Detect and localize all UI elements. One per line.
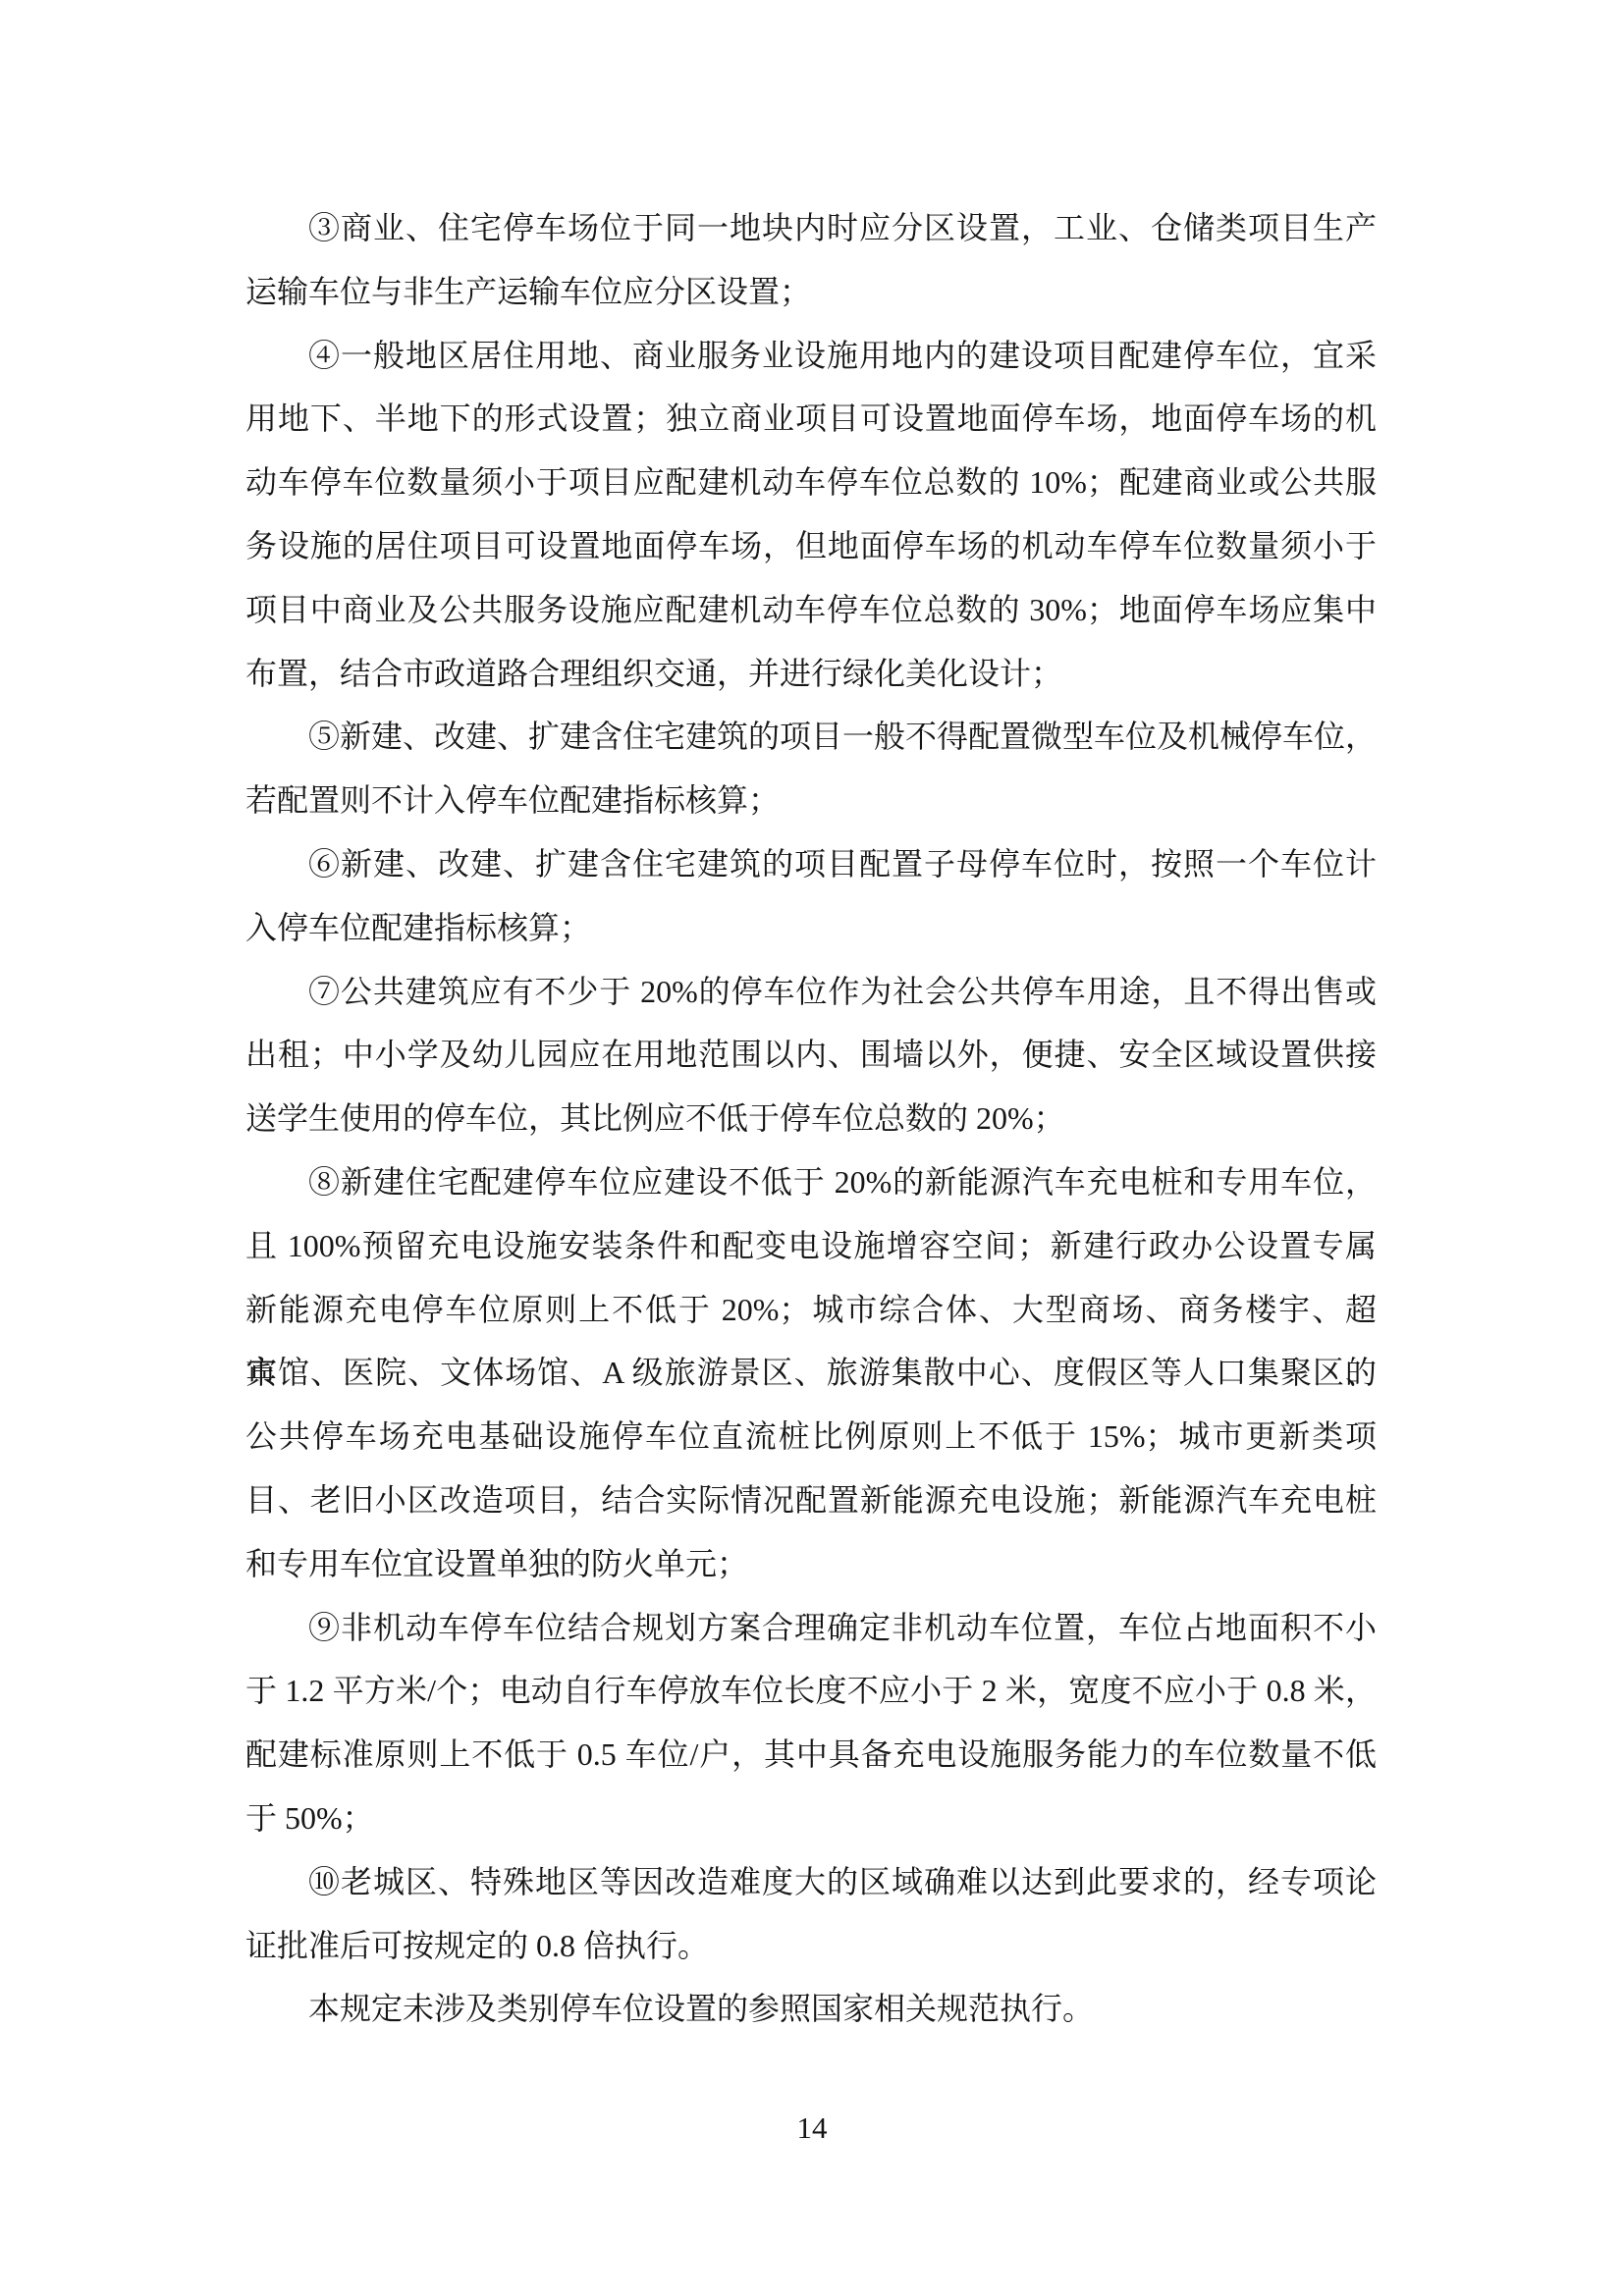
text-line: 动车停车位数量须小于项目应配建机动车停车位总数的 10%；配建商业或公共服 <box>245 451 1377 514</box>
text-line: 新能源充电停车位原则上不低于 20%；城市综合体、大型商场、商务楼宇、超市、 <box>245 1278 1377 1342</box>
text-line: 于 1.2 平方米/个；电动自行车停放车位长度不应小于 2 米，宽度不应小于 0… <box>245 1659 1377 1723</box>
text-line: 配建标准原则上不低于 0.5 车位/户，其中具备充电设施服务能力的车位数量不低 <box>245 1723 1377 1787</box>
text-line: 宾馆、医院、文体场馆、A 级旅游景区、旅游集散中心、度假区等人口集聚区的 <box>245 1341 1377 1405</box>
text-line: 送学生使用的停车位，其比例应不低于停车位总数的 20%； <box>245 1087 1377 1150</box>
text-line: ⑤新建、改建、扩建含住宅建筑的项目一般不得配置微型车位及机械停车位， <box>245 705 1377 769</box>
document-page: ③商业、住宅停车场位于同一地块内时应分区设置，工业、仓储类项目生产运输车位与非生… <box>0 0 1624 2296</box>
text-line: ⑧新建住宅配建停车位应建设不低于 20%的新能源汽车充电桩和专用车位， <box>245 1150 1377 1214</box>
text-line: 且 100%预留充电设施安装条件和配变电设施增容空间；新建行政办公设置专属 <box>245 1214 1377 1278</box>
text-line: 目、老旧小区改造项目，结合实际情况配置新能源充电设施；新能源汽车充电桩 <box>245 1468 1377 1532</box>
text-line: 项目中商业及公共服务设施应配建机动车停车位总数的 30%；地面停车场应集中 <box>245 578 1377 642</box>
text-line: ④一般地区居住用地、商业服务业设施用地内的建设项目配建停车位，宜采 <box>245 324 1377 388</box>
text-line: 布置，结合市政道路合理组织交通，并进行绿化美化设计； <box>245 642 1377 706</box>
text-line: ③商业、住宅停车场位于同一地块内时应分区设置，工业、仓储类项目生产 <box>245 196 1377 260</box>
text-line: ⑦公共建筑应有不少于 20%的停车位作为社会公共停车用途，且不得出售或 <box>245 960 1377 1024</box>
page-number: 14 <box>0 2109 1624 2148</box>
text-line: 公共停车场充电基础设施停车位直流桩比例原则上不低于 15%；城市更新类项 <box>245 1405 1377 1468</box>
text-line: 本规定未涉及类别停车位设置的参照国家相关规范执行。 <box>245 1977 1377 2041</box>
text-line: ⑨非机动车停车位结合规划方案合理确定非机动车位置，车位占地面积不小 <box>245 1596 1377 1660</box>
text-line: ⑥新建、改建、扩建含住宅建筑的项目配置子母停车位时，按照一个车位计 <box>245 832 1377 896</box>
text-line: ⑩老城区、特殊地区等因改造难度大的区域确难以达到此要求的，经专项论 <box>245 1850 1377 1914</box>
body-text: ③商业、住宅停车场位于同一地块内时应分区设置，工业、仓储类项目生产运输车位与非生… <box>245 196 1377 2041</box>
text-line: 证批准后可按规定的 0.8 倍执行。 <box>245 1914 1377 1978</box>
text-line: 和专用车位宜设置单独的防火单元； <box>245 1532 1377 1596</box>
text-line: 运输车位与非生产运输车位应分区设置； <box>245 260 1377 324</box>
text-line: 于 50%； <box>245 1787 1377 1850</box>
text-line: 用地下、半地下的形式设置；独立商业项目可设置地面停车场，地面停车场的机 <box>245 387 1377 451</box>
text-line: 若配置则不计入停车位配建指标核算； <box>245 769 1377 832</box>
text-line: 入停车位配建指标核算； <box>245 896 1377 960</box>
text-line: 出租；中小学及幼儿园应在用地范围以内、围墙以外，便捷、安全区域设置供接 <box>245 1023 1377 1087</box>
text-line: 务设施的居住项目可设置地面停车场，但地面停车场的机动车停车位数量须小于 <box>245 514 1377 578</box>
